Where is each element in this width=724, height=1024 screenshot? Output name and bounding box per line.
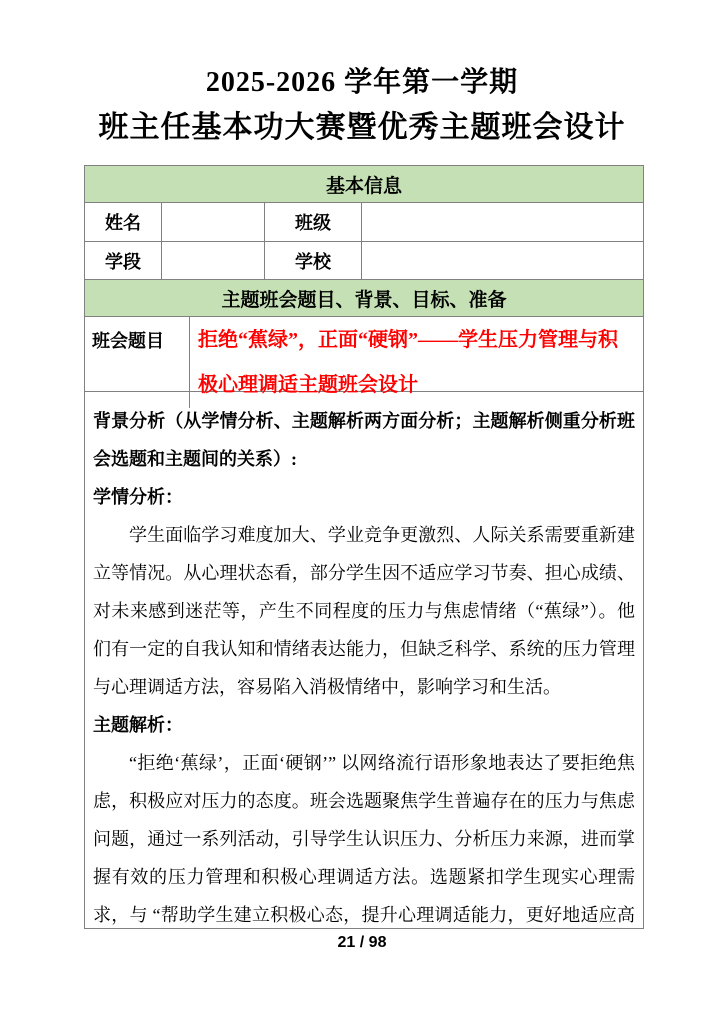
class-value-cell[interactable]	[362, 203, 643, 241]
school-label: 学校	[265, 242, 362, 279]
form-table: 基本信息 姓名 班级 学段 学校 主题班会题目、背景、目标、准备 班会题目 拒绝…	[84, 165, 644, 929]
jiexi-heading: 主题解析：	[93, 706, 635, 744]
section-header-basic-info: 基本信息	[85, 166, 643, 203]
name-value-cell[interactable]	[162, 203, 265, 241]
xueqing-heading: 学情分析：	[93, 478, 635, 516]
background-heading: 背景分析（从学情分析、主题解析两方面分析；主题解析侧重分析班会选题和主题间的关系…	[93, 402, 635, 478]
document-page: 2025-2026 学年第一学期 班主任基本功大赛暨优秀主题班会设计 基本信息 …	[0, 0, 724, 1024]
xueqing-paragraph: 学生面临学习难度加大、学业竞争更激烈、人际关系需要重新建立等情况。从心理状态看，…	[93, 516, 635, 706]
school-value-cell[interactable]	[362, 242, 643, 279]
page-number: 21 / 98	[0, 934, 724, 952]
table-row: 学段 学校	[85, 242, 643, 280]
table-row: 姓名 班级	[85, 203, 643, 242]
doc-title-semester: 2025-2026 学年第一学期	[0, 62, 724, 104]
stage-label: 学段	[85, 242, 162, 279]
doc-title-main: 班主任基本功大赛暨优秀主题班会设计	[0, 104, 724, 152]
name-label: 姓名	[85, 203, 162, 241]
table-row: 班会题目 拒绝“蕉绿”，正面“硬钢”——学生压力管理与积极心理调适主题班会设计	[85, 317, 643, 392]
table-row: 背景分析（从学情分析、主题解析两方面分析；主题解析侧重分析班会选题和主题间的关系…	[85, 392, 643, 929]
background-analysis-cell: 背景分析（从学情分析、主题解析两方面分析；主题解析侧重分析班会选题和主题间的关系…	[85, 392, 643, 928]
jiexi-paragraph: “拒绝‘蕉绿’，正面‘硬钢’” 以网络流行语形象地表达了要拒绝焦虑，积极应对压力…	[93, 744, 635, 928]
class-label: 班级	[265, 203, 362, 241]
section-header-topic: 主题班会题目、背景、目标、准备	[85, 280, 643, 317]
stage-value-cell[interactable]	[162, 242, 265, 279]
